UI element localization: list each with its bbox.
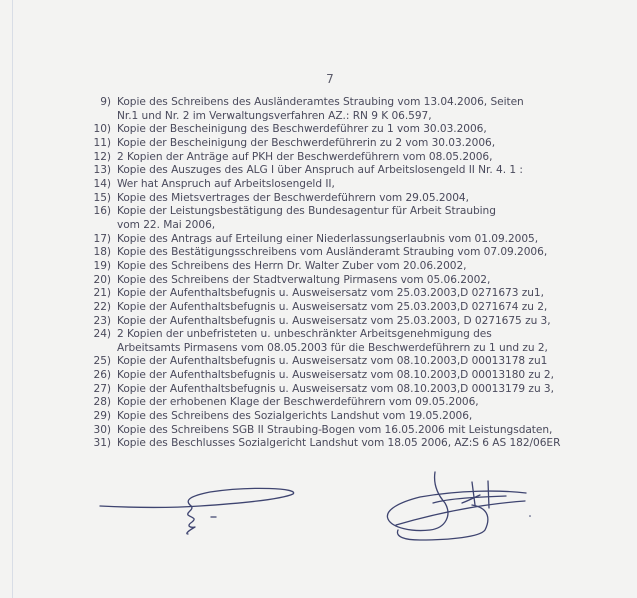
item-number: 29) bbox=[78, 410, 117, 424]
item-number: 15) bbox=[78, 192, 117, 206]
item-number: 12) bbox=[78, 151, 117, 165]
item-text-line: Wer hat Anspruch auf Arbeitslosengeld II… bbox=[117, 178, 335, 192]
item-text: 2 Kopien der Anträge auf PKH der Beschwe… bbox=[117, 151, 492, 165]
item-text-line: Kopie des Beschlusses Sozialgericht Land… bbox=[117, 437, 560, 451]
item-text: Kopie des Antrags auf Erteilung einer Ni… bbox=[117, 233, 538, 247]
item-text-line: vom 22. Mai 2006, bbox=[117, 219, 496, 233]
list-item: 31)Kopie des Beschlusses Sozialgericht L… bbox=[78, 437, 598, 451]
item-number: 11) bbox=[78, 137, 117, 151]
list-item: 18)Kopie des Bestätigungsschreibens vom … bbox=[78, 246, 598, 260]
item-text: Kopie der Aufenthaltsbefugnis u. Ausweis… bbox=[117, 301, 547, 315]
item-text-line: Kopie der Aufenthaltsbefugnis u. Ausweis… bbox=[117, 383, 554, 397]
list-item: 30)Kopie des Schreibens SGB II Straubing… bbox=[78, 424, 598, 438]
item-text-line: Arbeitsamts Pirmasens vom 08.05.2003 für… bbox=[117, 342, 548, 356]
item-number: 22) bbox=[78, 301, 117, 315]
page-number: 7 bbox=[0, 72, 637, 86]
item-text-line: Kopie der Bescheinigung der Beschwerdefü… bbox=[117, 137, 495, 151]
list-item: 14)Wer hat Anspruch auf Arbeitslosengeld… bbox=[78, 178, 598, 192]
signature-left bbox=[100, 488, 294, 534]
item-number: 26) bbox=[78, 369, 117, 383]
list-item: 24)2 Kopien der unbefristeten u. unbesch… bbox=[78, 328, 598, 355]
item-text: Kopie der Leistungsbestätigung des Bunde… bbox=[117, 205, 496, 232]
item-number: 23) bbox=[78, 315, 117, 329]
item-number: 25) bbox=[78, 355, 117, 369]
item-number: 24) bbox=[78, 328, 117, 355]
list-item: 22)Kopie der Aufenthaltsbefugnis u. Ausw… bbox=[78, 301, 598, 315]
item-number: 9) bbox=[78, 96, 117, 123]
item-text-line: 2 Kopien der unbefristeten u. unbeschrän… bbox=[117, 328, 548, 342]
item-text: Kopie des Schreibens SGB II Straubing-Bo… bbox=[117, 424, 552, 438]
item-text: Kopie des Bestätigungsschreibens vom Aus… bbox=[117, 246, 547, 260]
item-text: Kopie der Bescheinigung des Beschwerdefü… bbox=[117, 123, 487, 137]
item-text-line: Kopie der erhobenen Klage der Beschwerde… bbox=[117, 396, 479, 410]
signature-right bbox=[387, 472, 530, 540]
item-text-line: Kopie der Leistungsbestätigung des Bunde… bbox=[117, 205, 496, 219]
list-item: 11)Kopie der Bescheinigung der Beschwerd… bbox=[78, 137, 598, 151]
item-number: 18) bbox=[78, 246, 117, 260]
list-item: 20)Kopie des Schreibens der Stadtverwalt… bbox=[78, 274, 598, 288]
item-number: 20) bbox=[78, 274, 117, 288]
list-item: 27)Kopie der Aufenthaltsbefugnis u. Ausw… bbox=[78, 383, 598, 397]
item-text: Kopie der Bescheinigung der Beschwerdefü… bbox=[117, 137, 495, 151]
list-item: 9)Kopie des Schreibens des Ausländeramte… bbox=[78, 96, 598, 123]
list-item: 25)Kopie der Aufenthaltsbefugnis u. Ausw… bbox=[78, 355, 598, 369]
item-text: Kopie des Schreibens des Herrn Dr. Walte… bbox=[117, 260, 466, 274]
item-text-line: Kopie der Aufenthaltsbefugnis u. Ausweis… bbox=[117, 355, 547, 369]
item-text: Kopie der Aufenthaltsbefugnis u. Ausweis… bbox=[117, 369, 554, 383]
item-text: Kopie des Schreibens des Ausländeramtes … bbox=[117, 96, 524, 123]
item-text-line: Kopie des Antrags auf Erteilung einer Ni… bbox=[117, 233, 538, 247]
item-text: Kopie der Aufenthaltsbefugnis u. Ausweis… bbox=[117, 287, 544, 301]
item-number: 10) bbox=[78, 123, 117, 137]
item-text-line: Kopie des Schreibens des Herrn Dr. Walte… bbox=[117, 260, 466, 274]
item-number: 16) bbox=[78, 205, 117, 232]
item-text-line: Kopie des Mietsvertrages der Beschwerdef… bbox=[117, 192, 469, 206]
item-number: 19) bbox=[78, 260, 117, 274]
item-text: Kopie des Schreibens des Sozialgerichts … bbox=[117, 410, 472, 424]
item-text: Kopie des Schreibens der Stadtverwaltung… bbox=[117, 274, 490, 288]
item-number: 28) bbox=[78, 396, 117, 410]
item-text-line: Kopie der Aufenthaltsbefugnis u. Ausweis… bbox=[117, 301, 547, 315]
list-item: 10)Kopie der Bescheinigung des Beschwerd… bbox=[78, 123, 598, 137]
item-text: Kopie der Aufenthaltsbefugnis u. Ausweis… bbox=[117, 315, 551, 329]
item-text-line: Kopie des Bestätigungsschreibens vom Aus… bbox=[117, 246, 547, 260]
item-text: Kopie des Beschlusses Sozialgericht Land… bbox=[117, 437, 560, 451]
item-text-line: Nr.1 und Nr. 2 im Verwaltungsverfahren A… bbox=[117, 110, 524, 124]
item-text: Kopie des Auszuges des ALG I über Anspru… bbox=[117, 164, 523, 178]
list-item: 15)Kopie des Mietsvertrages der Beschwer… bbox=[78, 192, 598, 206]
list-item: 21)Kopie der Aufenthaltsbefugnis u. Ausw… bbox=[78, 287, 598, 301]
item-text-line: Kopie des Schreibens der Stadtverwaltung… bbox=[117, 274, 490, 288]
item-text-line: Kopie der Aufenthaltsbefugnis u. Ausweis… bbox=[117, 369, 554, 383]
item-text: Kopie des Mietsvertrages der Beschwerdef… bbox=[117, 192, 469, 206]
item-text-line: Kopie der Bescheinigung des Beschwerdefü… bbox=[117, 123, 487, 137]
scan-artifact-line bbox=[12, 0, 13, 598]
list-item: 29)Kopie des Schreibens des Sozialgerich… bbox=[78, 410, 598, 424]
item-text: Kopie der Aufenthaltsbefugnis u. Ausweis… bbox=[117, 383, 554, 397]
item-number: 31) bbox=[78, 437, 117, 451]
item-number: 17) bbox=[78, 233, 117, 247]
item-number: 13) bbox=[78, 164, 117, 178]
list-item: 28)Kopie der erhobenen Klage der Beschwe… bbox=[78, 396, 598, 410]
item-number: 21) bbox=[78, 287, 117, 301]
item-number: 14) bbox=[78, 178, 117, 192]
list-item: 26)Kopie der Aufenthaltsbefugnis u. Ausw… bbox=[78, 369, 598, 383]
item-text-line: Kopie des Schreibens des Ausländeramtes … bbox=[117, 96, 524, 110]
item-text-line: Kopie des Schreibens SGB II Straubing-Bo… bbox=[117, 424, 552, 438]
item-text-line: Kopie des Schreibens des Sozialgerichts … bbox=[117, 410, 472, 424]
enclosure-list: 9)Kopie des Schreibens des Ausländeramte… bbox=[78, 96, 598, 451]
list-item: 13)Kopie des Auszuges des ALG I über Ans… bbox=[78, 164, 598, 178]
list-item: 17)Kopie des Antrags auf Erteilung einer… bbox=[78, 233, 598, 247]
item-text: Kopie der erhobenen Klage der Beschwerde… bbox=[117, 396, 479, 410]
item-number: 30) bbox=[78, 424, 117, 438]
item-text: Wer hat Anspruch auf Arbeitslosengeld II… bbox=[117, 178, 335, 192]
list-item: 19)Kopie des Schreibens des Herrn Dr. Wa… bbox=[78, 260, 598, 274]
item-text: Kopie der Aufenthaltsbefugnis u. Ausweis… bbox=[117, 355, 547, 369]
item-number: 27) bbox=[78, 383, 117, 397]
item-text-line: Kopie der Aufenthaltsbefugnis u. Ausweis… bbox=[117, 287, 544, 301]
item-text-line: Kopie der Aufenthaltsbefugnis u. Ausweis… bbox=[117, 315, 551, 329]
list-item: 12)2 Kopien der Anträge auf PKH der Besc… bbox=[78, 151, 598, 165]
item-text-line: Kopie des Auszuges des ALG I über Anspru… bbox=[117, 164, 523, 178]
list-item: 23)Kopie der Aufenthaltsbefugnis u. Ausw… bbox=[78, 315, 598, 329]
item-text: 2 Kopien der unbefristeten u. unbeschrän… bbox=[117, 328, 548, 355]
item-text-line: 2 Kopien der Anträge auf PKH der Beschwe… bbox=[117, 151, 492, 165]
list-item: 16)Kopie der Leistungsbestätigung des Bu… bbox=[78, 205, 598, 232]
